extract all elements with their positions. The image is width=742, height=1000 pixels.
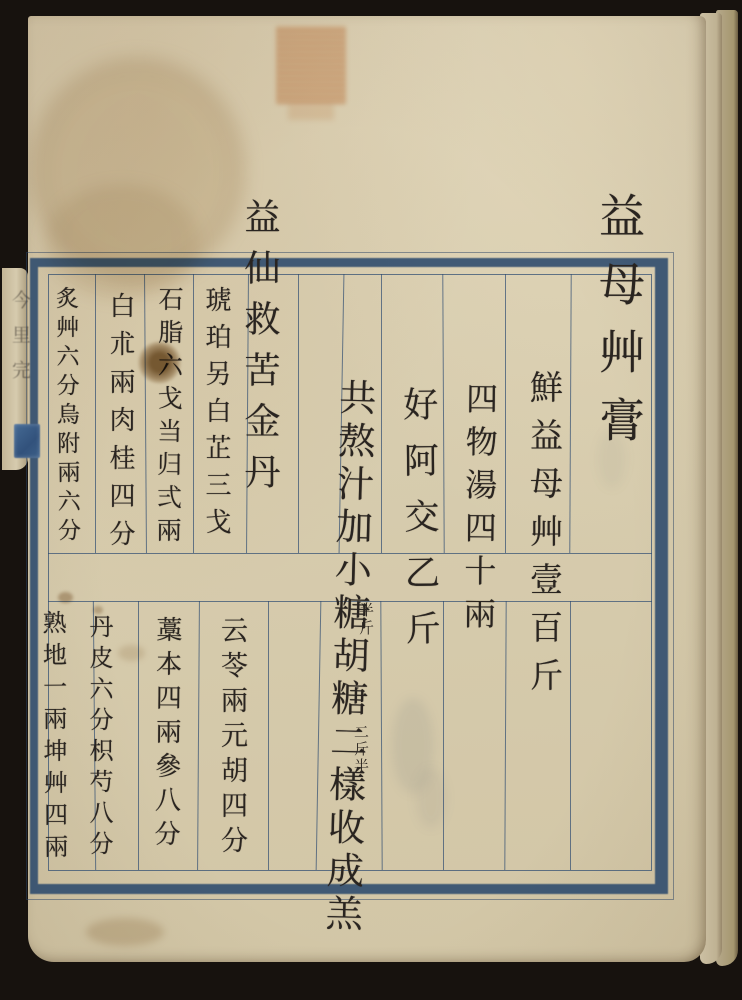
recipe2-lower-ingredient-column: 熟地一兩坤艸四兩	[35, 610, 72, 866]
recipe1-title: 益母艸膏	[586, 192, 652, 464]
recipe2-lower-ingredient-column: 藁本四兩參八分	[147, 616, 186, 854]
blue-label-patch	[14, 424, 40, 458]
grid-vline	[193, 274, 194, 553]
recipe2-lower-ingredient-column: 云苓兩元胡四分	[212, 616, 251, 861]
recipe1-ingredient-column: 四物湯四十兩	[455, 382, 504, 640]
recipe2-title: 益仙救苦金丹	[234, 198, 285, 504]
quantity-annotation: 半斤	[356, 602, 377, 638]
recipe2-upper-ingredient-column: 琥珀另白芷三戈	[198, 286, 235, 545]
grid-vline	[570, 601, 571, 870]
red-seal	[276, 26, 346, 104]
recipe1-ingredient-column: 鮮益母艸壹百斤	[521, 370, 568, 706]
recipe2-upper-ingredient-column: 炙艸六分烏附兩六分	[49, 286, 84, 547]
grid-vline	[381, 274, 382, 553]
recipe2-lower-ingredient-column: 丹皮六分枳芍八分	[82, 614, 117, 862]
quantity-annotation: 二斤半	[351, 724, 372, 775]
recipe2-upper-ingredient-column: 白朮兩肉桂四分	[102, 292, 139, 558]
recipe1-ingredient-column: 好阿交乙斤	[393, 386, 446, 667]
grid-vline	[138, 601, 139, 870]
scanned-manuscript-photo: 今里完 益母艸膏 鮮益母艸壹百斤 四物湯四十兩 好阿交乙斤 共熬汁加小糖胡糖二樣…	[0, 0, 742, 1000]
red-seal-smudge	[288, 104, 334, 120]
grid-vline	[95, 274, 96, 553]
recipe2-upper-ingredient-column: 石脂六戈当归弍兩	[149, 286, 187, 550]
grid-vline	[298, 274, 299, 553]
grid-vline	[268, 601, 269, 870]
grid-vline	[505, 274, 506, 553]
